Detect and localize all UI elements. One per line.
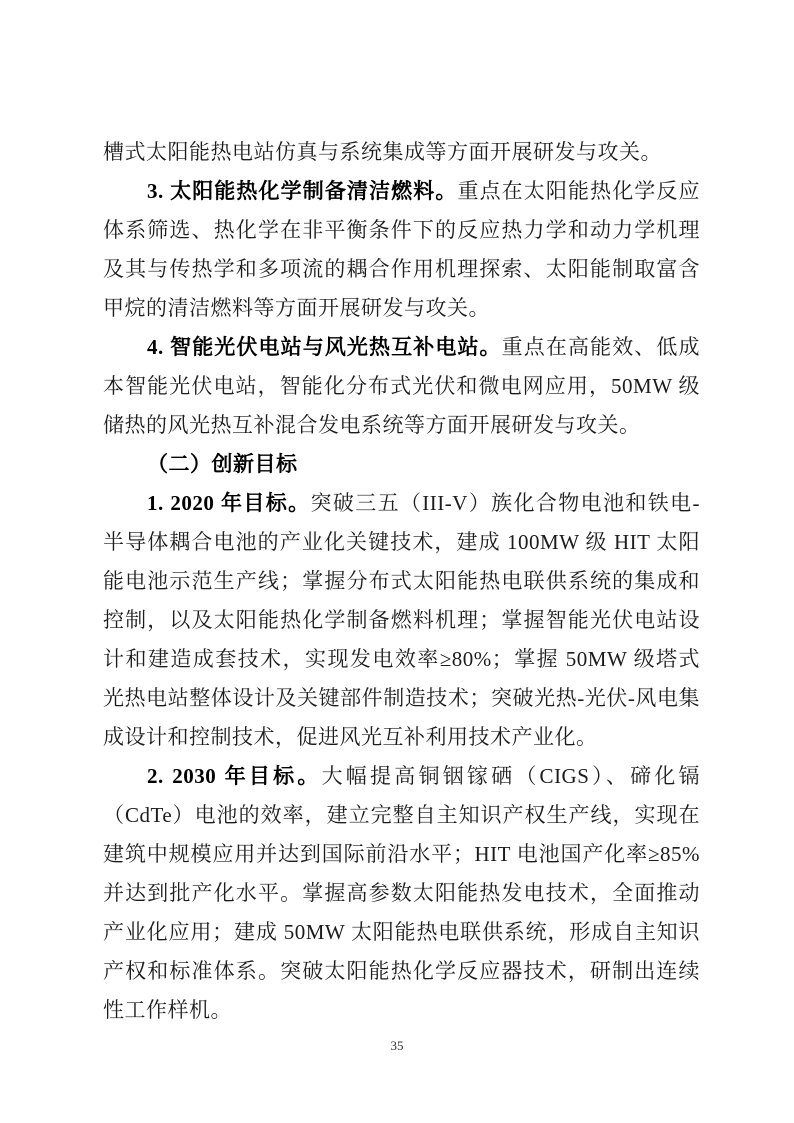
paragraph-continuation: 槽式太阳能热电站仿真与系统集成等方面开展研发与攻关。: [103, 133, 700, 172]
paragraph-item-3: 3. 太阳能热化学制备清洁燃料。重点在太阳能热化学反应体系筛选、热化学在非平衡条…: [103, 172, 700, 328]
document-body: 槽式太阳能热电站仿真与系统集成等方面开展研发与攻关。 3. 太阳能热化学制备清洁…: [103, 133, 700, 1030]
paragraph-goal-2020: 1. 2020 年目标。突破三五（III-V）族化合物电池和铁电-半导体耦合电池…: [103, 484, 700, 757]
document-page: 槽式太阳能热电站仿真与系统集成等方面开展研发与攻关。 3. 太阳能热化学制备清洁…: [0, 0, 794, 1123]
paragraph-lead: 4. 智能光伏电站与风光热互补电站。: [147, 335, 502, 359]
paragraph-lead: 2. 2030 年目标。: [147, 764, 322, 788]
paragraph-lead: 3. 太阳能热化学制备清洁燃料。: [147, 179, 457, 203]
section-heading: （二）创新目标: [103, 445, 700, 484]
page-number: 35: [0, 1036, 794, 1056]
section-heading-text: （二）创新目标: [147, 452, 298, 476]
paragraph-goal-2030: 2. 2030 年目标。大幅提高铜铟镓硒（CIGS）、碲化镉（CdTe）电池的效…: [103, 757, 700, 1030]
paragraph-text: 槽式太阳能热电站仿真与系统集成等方面开展研发与攻关。: [103, 140, 662, 164]
paragraph-text: 大幅提高铜铟镓硒（CIGS）、碲化镉（CdTe）电池的效率，建立完整自主知识产权…: [103, 764, 700, 1022]
paragraph-lead: 1. 2020 年目标。: [147, 491, 310, 515]
paragraph-item-4: 4. 智能光伏电站与风光热互补电站。重点在高能效、低成本智能光伏电站，智能化分布…: [103, 328, 700, 445]
paragraph-text: 突破三五（III-V）族化合物电池和铁电-半导体耦合电池的产业化关键技术，建成 …: [103, 491, 700, 749]
